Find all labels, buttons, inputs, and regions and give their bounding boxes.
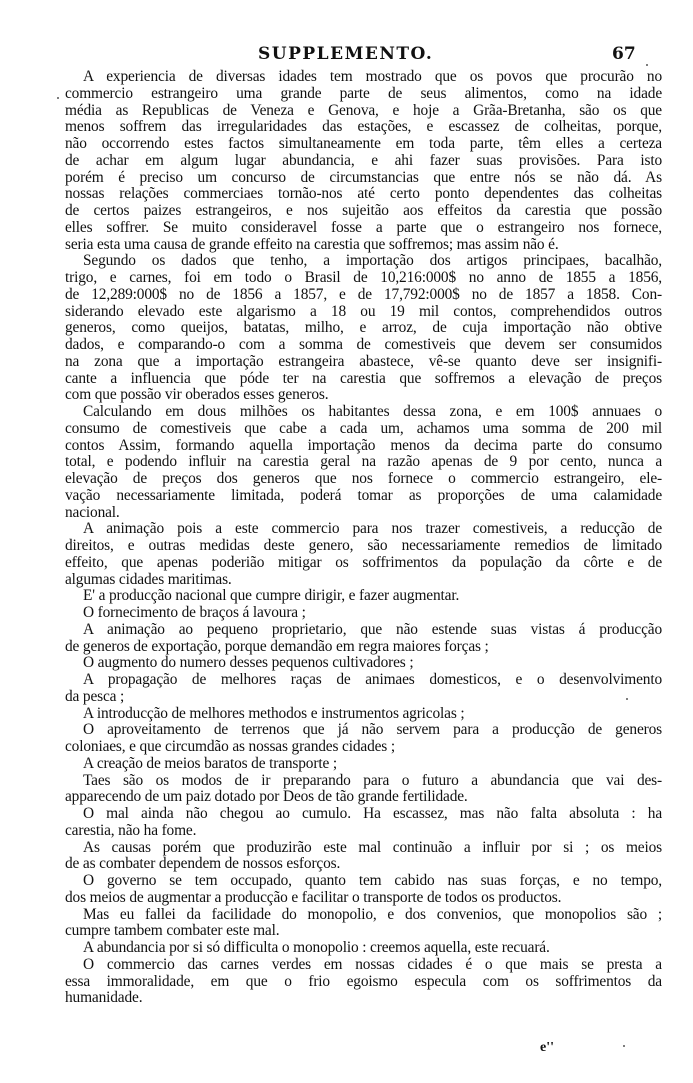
text-line: vação necessariamente limitada, poderá t… <box>65 488 662 505</box>
paragraph: O augmento do numero desses pequenos cul… <box>65 655 662 672</box>
text-line: de generos de exportação, porque demandã… <box>65 639 662 656</box>
text-line: A creação de meios baratos de transporte… <box>65 756 662 773</box>
text-line: A animação pois a este commercio para no… <box>65 521 662 538</box>
text-line: seria esta uma causa de grande effeito n… <box>65 237 662 254</box>
text-line: siderando elevado este algarismo a 18 ou… <box>65 304 662 321</box>
text-line: A introducção de melhores methodos e ins… <box>65 706 662 723</box>
text-line: porém é preciso um concurso de circumsta… <box>65 170 662 187</box>
paragraph: A creação de meios baratos de transporte… <box>65 756 662 773</box>
paragraph: Taes são os modos de ir preparando para … <box>65 773 662 807</box>
text-line: Calculando em dous milhões os habitantes… <box>65 404 662 421</box>
text-line: média as Republicas de Veneza e Genova, … <box>65 103 662 120</box>
text-line: elles soffrer. Se muito consideravel fos… <box>65 220 662 237</box>
running-head: SUPPLEMENTO. 67 <box>0 44 693 66</box>
text-line: menos soffrem das irregularidades das es… <box>65 119 662 136</box>
scan-speck <box>646 64 648 66</box>
text-line: O augmento do numero desses pequenos cul… <box>65 655 662 672</box>
text-line: apparecendo de um paiz dotado por Deos d… <box>65 789 662 806</box>
paragraph: O commercio das carnes verdes em nossas … <box>65 957 662 1007</box>
text-line: E' a producção nacional que cumpre dirig… <box>65 588 662 605</box>
text-line: A propagação de melhores raças de animae… <box>65 672 662 689</box>
page-number: 67 <box>612 44 636 64</box>
paragraph: A experiencia de diversas idades tem mos… <box>65 69 662 253</box>
text-line: O fornecimento de braços á lavoura ; <box>65 605 662 622</box>
text-line: elevação de preços dos generos que nos f… <box>65 471 662 488</box>
text-line: A animação ao pequeno proprietario, que … <box>65 622 662 639</box>
text-line: direitos, e outras medidas deste genero,… <box>65 538 662 555</box>
paragraph: A abundancia por si só difficulta o mono… <box>65 940 662 957</box>
paragraph: Segundo os dados que tenho, a importação… <box>65 253 662 404</box>
text-line: não occorrendo estes factos simultaneame… <box>65 136 662 153</box>
text-line: nossas relações commerciaes tornão-nos a… <box>65 186 662 203</box>
text-line: commercio estrangeiro uma grande parte d… <box>65 86 662 103</box>
paragraph: As causas porém que produzirão este mal … <box>65 840 662 874</box>
paragraph: O aproveitamento de terrenos que já não … <box>65 722 662 756</box>
paragraph: A animação ao pequeno proprietario, que … <box>65 622 662 656</box>
scan-speck <box>623 1045 625 1047</box>
paragraph: E' a producção nacional que cumpre dirig… <box>65 588 662 605</box>
text-line: carestia, não ha fome. <box>65 823 662 840</box>
paragraph: A introducção de melhores methodos e ins… <box>65 706 662 723</box>
text-line: dados, e comparando-o com a somma de com… <box>65 337 662 354</box>
text-line: O aproveitamento de terrenos que já não … <box>65 722 662 739</box>
text-line: O governo se tem occupado, quanto tem ca… <box>65 873 662 890</box>
text-line: de as combater dependem de nossos esforç… <box>65 856 662 873</box>
text-line: da pesca ; <box>65 689 662 706</box>
text-line: trigo, e carnes, foi em todo o Brasil de… <box>65 270 662 287</box>
text-line: de certos paizes estrangeiros, e nos suj… <box>65 203 662 220</box>
text-line: essa immoralidade, em que o frio egoismo… <box>65 974 662 991</box>
paragraph: O governo se tem occupado, quanto tem ca… <box>65 873 662 907</box>
text-line: com que possão vir oberados esses genero… <box>65 387 662 404</box>
paragraph: Calculando em dous milhões os habitantes… <box>65 404 662 521</box>
running-title: SUPPLEMENTO. <box>258 44 433 64</box>
text-line: O commercio das carnes verdes em nossas … <box>65 957 662 974</box>
text-line: algumas cidades maritimas. <box>65 572 662 589</box>
paragraph: A animação pois a este commercio para no… <box>65 521 662 588</box>
text-line: A abundancia por si só difficulta o mono… <box>65 940 662 957</box>
text-line: As causas porém que produzirão este mal … <box>65 840 662 857</box>
text-line: humanidade. <box>65 990 662 1007</box>
scan-speck <box>626 698 628 700</box>
text-line: de achar em algum lugar abundancia, e ah… <box>65 153 662 170</box>
text-line: cumpre tambem combater este mal. <box>65 923 662 940</box>
text-line: effeito, que apenas poderião mitigar os … <box>65 555 662 572</box>
text-line: Segundo os dados que tenho, a importação… <box>65 253 662 270</box>
text-line: dos meios de augmentar a producção e fac… <box>65 890 662 907</box>
text-line: total, e podendo influir na carestia ger… <box>65 454 662 471</box>
text-line: cante a influencia que póde ter na cares… <box>65 371 662 388</box>
paragraph: O mal ainda não chegou ao cumulo. Ha esc… <box>65 806 662 840</box>
text-line: A experiencia de diversas idades tem mos… <box>65 69 662 86</box>
text-line: nacional. <box>65 505 662 522</box>
text-line: consumo de comestiveis que cabe a cada u… <box>65 421 662 438</box>
document-page: SUPPLEMENTO. 67 A experiencia de diversa… <box>0 0 693 1083</box>
text-line: Mas eu fallei da facilidade do monopolio… <box>65 907 662 924</box>
text-line: O mal ainda não chegou ao cumulo. Ha esc… <box>65 806 662 823</box>
text-line: coloniaes, e que circumdão as nossas gra… <box>65 739 662 756</box>
paragraph: O fornecimento de braços á lavoura ; <box>65 605 662 622</box>
text-line: contos Assim, formando aquella importaçã… <box>65 438 662 455</box>
scan-speck <box>57 97 59 99</box>
signature-mark: e'' <box>540 1040 554 1056</box>
body-text: A experiencia de diversas idades tem mos… <box>65 69 662 1007</box>
paragraph: Mas eu fallei da facilidade do monopolio… <box>65 907 662 941</box>
text-line: na zona que a importação estrangeira aba… <box>65 354 662 371</box>
text-line: generos, como queijos, batatas, milho, e… <box>65 320 662 337</box>
paragraph: A propagação de melhores raças de animae… <box>65 672 662 706</box>
text-line: Taes são os modos de ir preparando para … <box>65 773 662 790</box>
text-line: de 12,289:000$ no de 1856 a 1857, e de 1… <box>65 287 662 304</box>
